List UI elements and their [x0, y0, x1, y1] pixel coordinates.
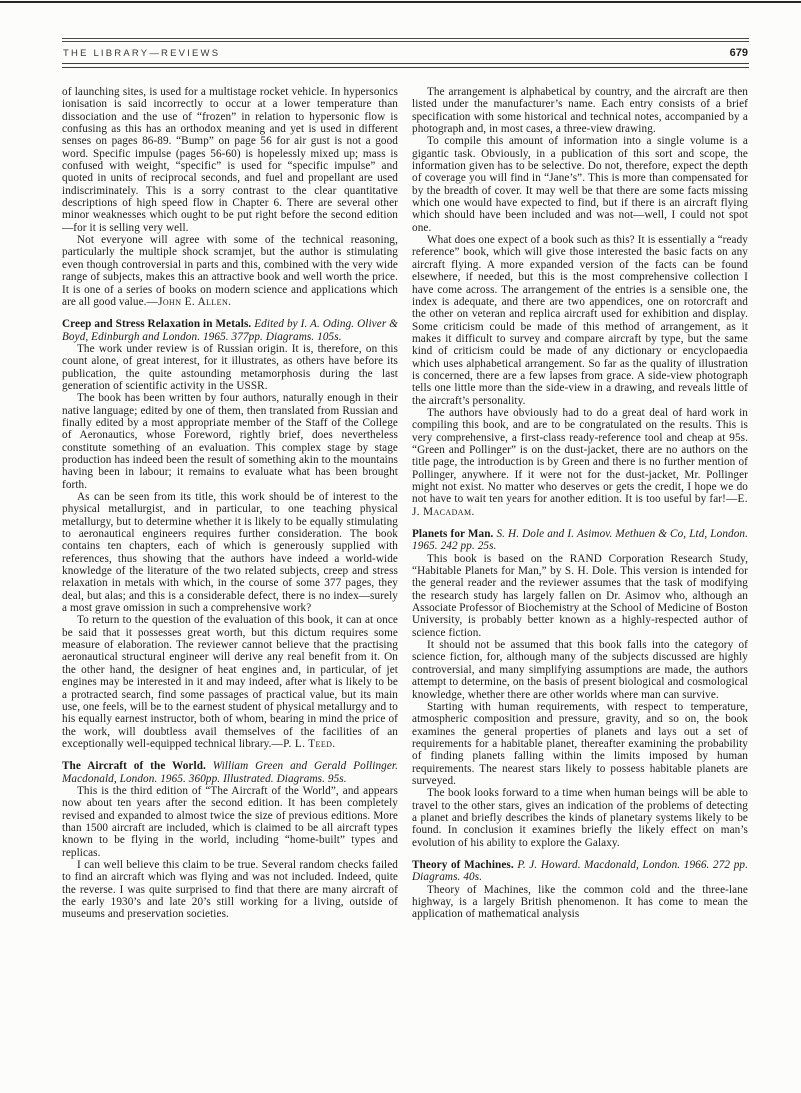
review-paragraph: Starting with human requirements, with r…	[412, 701, 748, 787]
review-paragraph: As can be seen from its title, this work…	[62, 491, 398, 614]
book-title: Planets for Man.	[412, 528, 493, 540]
review-heading: The Aircraft of the World. William Green…	[62, 760, 398, 785]
paragraph-text: The arrangement is alphabetical by count…	[412, 86, 748, 135]
paragraph-text: As can be seen from its title, this work…	[62, 491, 398, 614]
scanned-journal-page: THE LIBRARY—REVIEWS 679 of launching sit…	[0, 0, 801, 1093]
scan-edge-artifact	[0, 1, 801, 3]
review-paragraph: I can well believe this claim to be true…	[62, 859, 398, 921]
paragraph-text: The book looks forward to a time when hu…	[412, 787, 748, 848]
paragraph-text: To compile this amount of information in…	[412, 135, 748, 233]
paragraph-text: The book has been written by four author…	[62, 392, 398, 490]
book-title: The Aircraft of the World.	[62, 760, 206, 772]
page-number: 679	[730, 47, 748, 59]
review-paragraph: The work under review is of Russian orig…	[62, 343, 398, 392]
journal-title: THE LIBRARY—REVIEWS	[63, 48, 220, 59]
review-paragraph: The book looks forward to a time when hu…	[412, 787, 748, 849]
reviewer-signature: —P. L. Teed.	[272, 738, 336, 750]
review-heading: Creep and Stress Relaxation in Metals. E…	[62, 318, 398, 343]
paragraph-text: Theory of Machines, like the common cold…	[412, 884, 748, 921]
paragraph-text: of launching sites, is used for a multis…	[62, 86, 398, 234]
book-title: Creep and Stress Relaxation in Metals.	[62, 318, 251, 330]
review-paragraph: This book is based on the RAND Corporati…	[412, 553, 748, 639]
paragraph-text: It should not be assumed that this book …	[412, 639, 748, 700]
left-column: of launching sites, is used for a multis…	[62, 86, 398, 1085]
running-head: THE LIBRARY—REVIEWS 679	[62, 42, 749, 63]
review-heading: Planets for Man. S. H. Dole and I. Asimo…	[412, 528, 748, 553]
review-heading: Theory of Machines. P. J. Howard. Macdon…	[412, 859, 748, 884]
paragraph-text: The work under review is of Russian orig…	[62, 343, 398, 392]
paragraph-text: I can well believe this claim to be true…	[62, 859, 398, 920]
paragraph-text: This is the third edition of “The Aircra…	[62, 785, 398, 859]
paragraph-text: The authors have obviously had to do a g…	[412, 407, 748, 505]
reviewer-signature: —John E. Allen.	[147, 296, 232, 308]
right-column: The arrangement is alphabetical by count…	[412, 86, 748, 1085]
review-paragraph: To compile this amount of information in…	[412, 135, 748, 234]
review-paragraph: What does one expect of a book such as t…	[412, 234, 748, 407]
header-rule-bottom	[62, 63, 749, 68]
paragraph-text: This book is based on the RAND Corporati…	[412, 553, 748, 639]
review-paragraph: Theory of Machines, like the common cold…	[412, 884, 748, 921]
review-paragraph: The arrangement is alphabetical by count…	[412, 86, 748, 135]
review-paragraph: It should not be assumed that this book …	[412, 639, 748, 701]
review-paragraph: This is the third edition of “The Aircra…	[62, 785, 398, 859]
review-paragraph: The authors have obviously had to do a g…	[412, 407, 748, 518]
paragraph-text: Starting with human requirements, with r…	[412, 701, 748, 787]
review-paragraph: Not everyone will agree with some of the…	[62, 234, 398, 308]
page-header: THE LIBRARY—REVIEWS 679	[62, 38, 749, 68]
review-columns: of launching sites, is used for a multis…	[62, 86, 749, 1085]
review-paragraph: of launching sites, is used for a multis…	[62, 86, 398, 234]
review-paragraph: The book has been written by four author…	[62, 392, 398, 491]
paragraph-text: What does one expect of a book such as t…	[412, 234, 748, 406]
book-title: Theory of Machines.	[412, 859, 514, 871]
paragraph-text: To return to the question of the evaluat…	[62, 614, 398, 749]
review-paragraph: To return to the question of the evaluat…	[62, 614, 398, 750]
